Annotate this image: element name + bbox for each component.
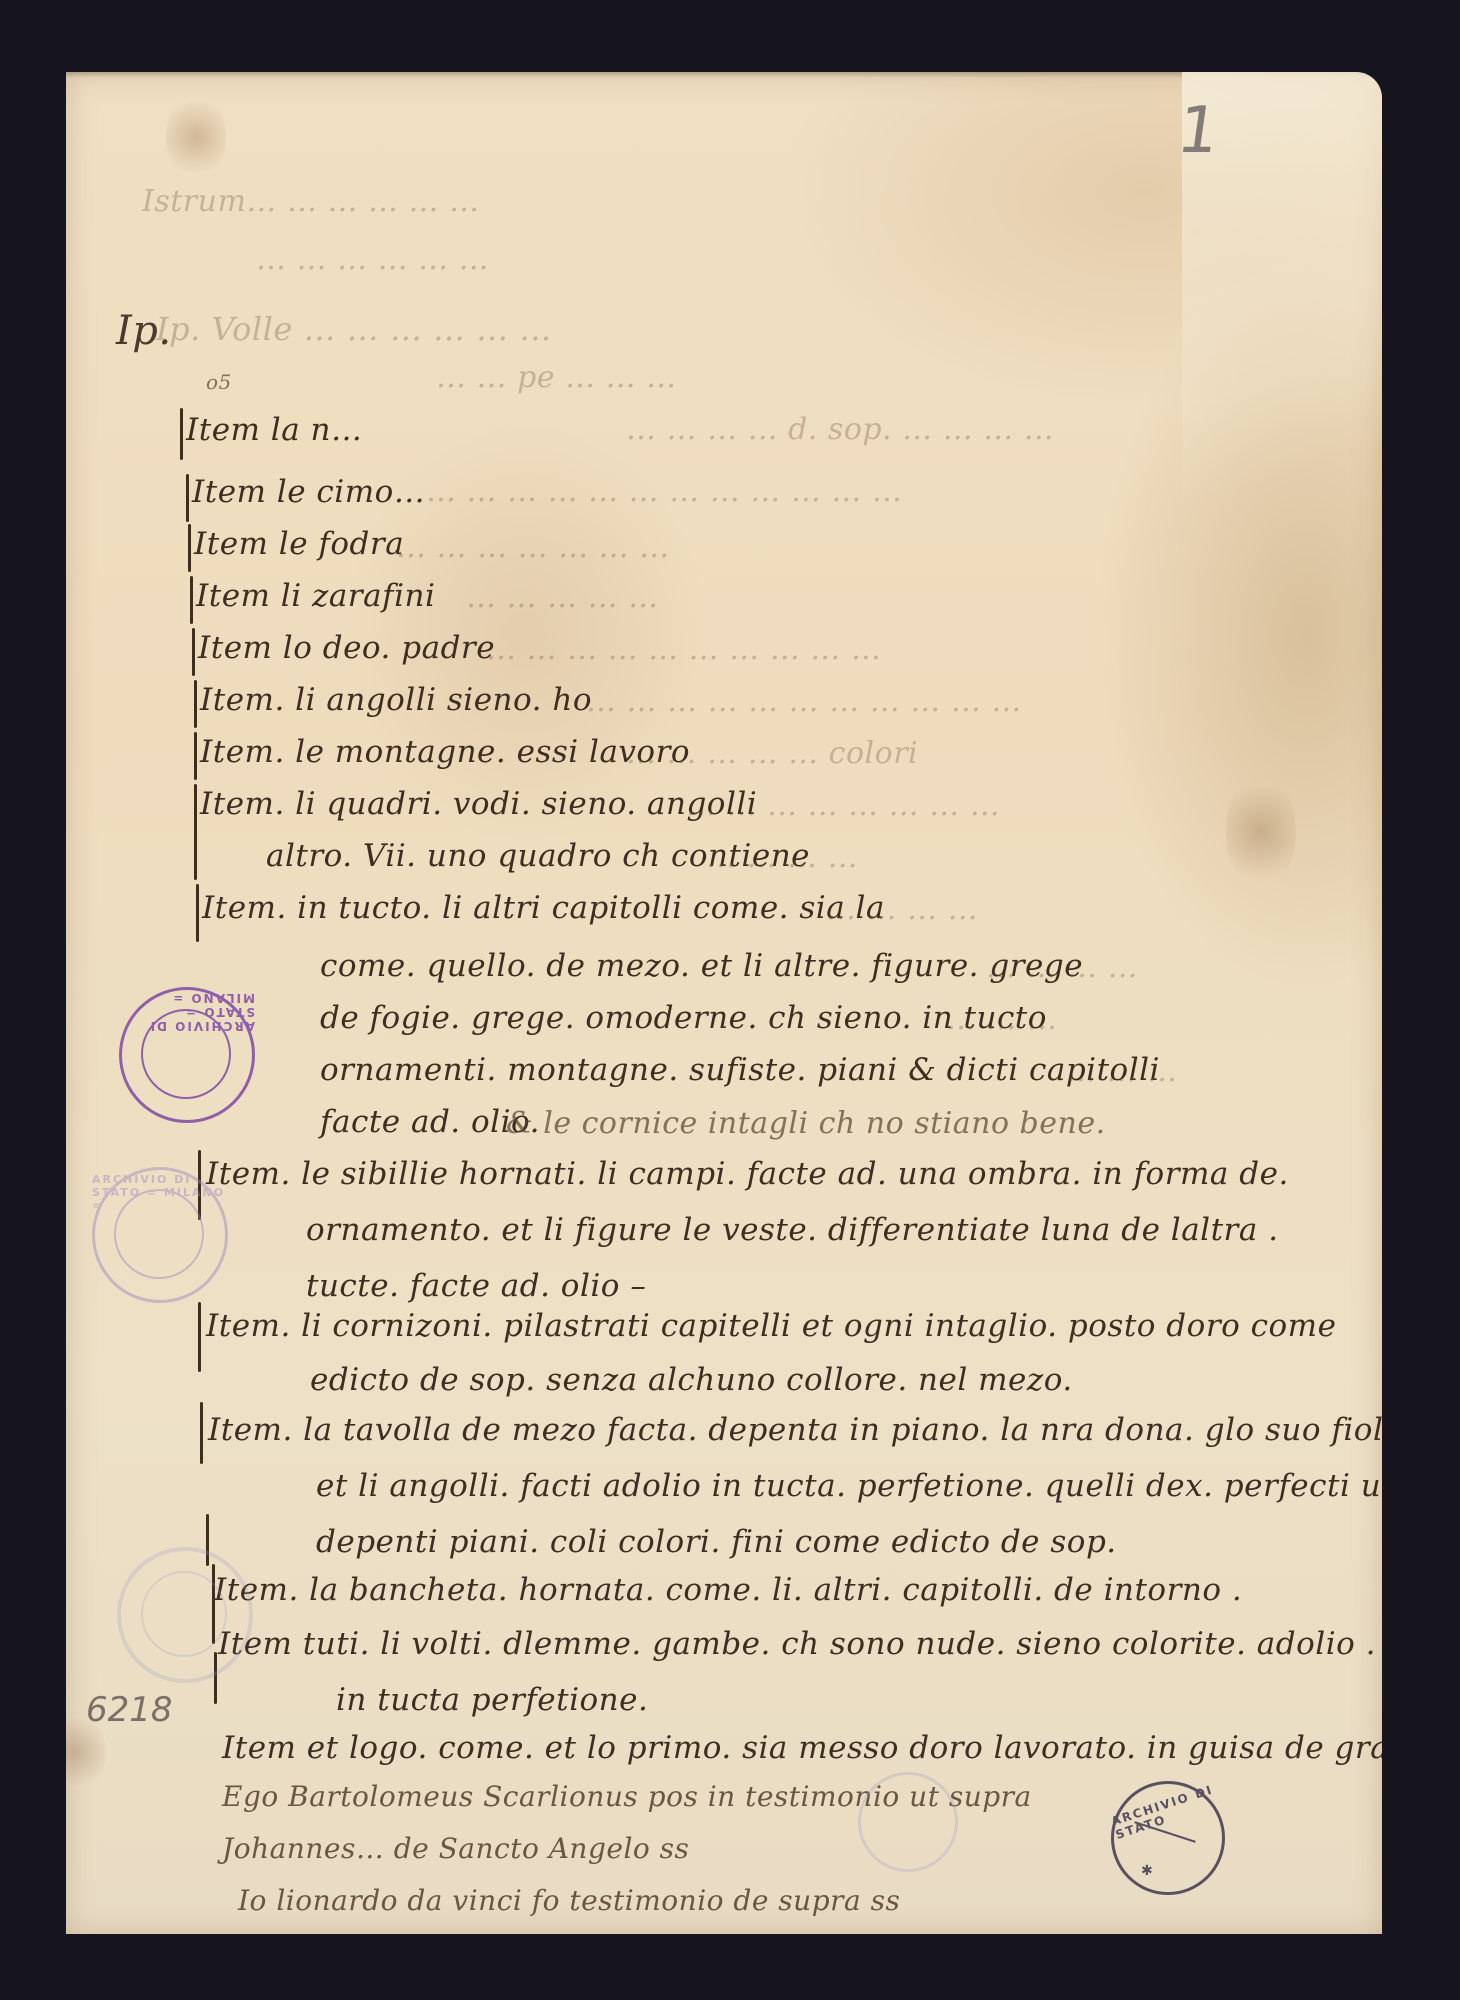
item-stroke — [190, 576, 193, 624]
item-line: Item. li angolli sieno. ho — [200, 682, 592, 718]
item-line-faint: … … … … d. sop. … … … … — [626, 412, 1054, 447]
item-line: Item lo deo. padre — [198, 630, 495, 666]
item-stroke — [200, 1402, 203, 1464]
archive-stamp: ARCHIVIO DI STATO = MILANO = — [119, 987, 255, 1123]
item-line: depenti piani. coli colori. fini come ed… — [316, 1524, 1117, 1560]
signature-line: Io lionardo da vinci fo testimonio de su… — [238, 1884, 900, 1917]
item-line: Item. le montagne. essi lavoro — [200, 734, 690, 770]
item-line: Item le cimo… — [192, 474, 425, 510]
item-line: in tucta perfetione. — [336, 1682, 648, 1718]
margin-note: 6218 — [86, 1690, 173, 1730]
archive-stamp-bottom: ARCHIVIO DI STATO ✱ — [1111, 1781, 1225, 1895]
item-line-faint: … … … — [946, 1002, 1058, 1037]
item-line: Item le fodra — [194, 526, 404, 562]
item-line-faint: … … … … … … … — [396, 530, 670, 565]
item-line: Item. la tavolla de mezo facta. depenta … — [208, 1412, 1382, 1448]
item-line: de fogie. grege. omoderne. ch sieno. in … — [320, 1000, 1047, 1036]
item-line: edicto de sop. senza alchuno collore. ne… — [310, 1362, 1073, 1398]
header-marker: Ip. — [116, 308, 172, 354]
item-line-faint: … … … — [1066, 1054, 1178, 1089]
item-stroke — [196, 884, 199, 942]
item-stroke — [198, 1302, 201, 1372]
item-line-faint: … … … … — [706, 840, 858, 875]
item-line: Item. la bancheta. hornata. come. li. al… — [214, 1572, 1242, 1608]
item-line: Item la n… — [186, 412, 363, 448]
item-stroke — [192, 628, 195, 676]
faint-text-line: … … pe … … … — [436, 360, 677, 395]
item-prefix-note: o5 — [206, 370, 232, 394]
item-line: Item. li cornizoni. pilastrati capitelli… — [206, 1308, 1336, 1344]
item-stroke — [194, 680, 197, 728]
item-line: Item tuti. li volti. dlemme. gambe. ch s… — [218, 1626, 1376, 1662]
star-icon: ✱ — [1141, 1863, 1153, 1879]
item-line: come. quello. de mezo. et li altre. figu… — [320, 948, 1083, 984]
paper-stain — [166, 92, 226, 182]
item-line-faint: … … … … … … … … … … … … — [426, 474, 902, 509]
item-stroke — [194, 784, 197, 880]
item-line-faint: & le cornice intagli ch no stiano bene. — [506, 1106, 1106, 1141]
item-line: Item. le sibillie hornati. li campi. fac… — [206, 1156, 1289, 1192]
item-line-faint: … … … … … colori — [626, 736, 918, 771]
archive-stamp-faint — [117, 1547, 253, 1683]
item-stroke — [194, 732, 197, 780]
item-line-faint: … … … … … — [466, 580, 659, 615]
item-line: et li angolli. facti adolio in tucta. pe… — [316, 1468, 1382, 1504]
item-line-faint: … … … … … … … … … … — [486, 632, 881, 667]
paper-stain — [1226, 772, 1296, 892]
item-line: tucte. facte ad. olio – — [306, 1268, 646, 1304]
signature-line: Johannes… de Sancto Angelo ss — [222, 1832, 689, 1865]
archive-stamp-faded: ARCHIVIO DI STATO = MILANO = — [92, 1167, 228, 1303]
item-line-faint: … … … … — [826, 892, 978, 927]
item-stroke — [188, 524, 191, 572]
faint-text-line: Istrum… … … … … … — [142, 184, 480, 219]
item-line: Item li zarafini — [196, 578, 435, 614]
item-line: ornamento. et li figure le veste. differ… — [306, 1212, 1279, 1248]
item-stroke — [180, 408, 183, 460]
faint-text-line: Ip. Volle … … … … … … — [156, 310, 552, 348]
manuscript-page: 1 Istrum… … … … … … … … … … … … Ip. Voll… — [66, 72, 1382, 1934]
item-line-faint: … … … … … … … … — [686, 788, 1000, 823]
item-line-faint: … … … … — [986, 950, 1138, 985]
item-line: Item. li quadri. vodi. sieno. angolli — [200, 786, 757, 822]
faint-text-line: … … … … … … — [256, 242, 489, 277]
item-line: ornamenti. montagne. sufiste. piani & di… — [320, 1052, 1160, 1088]
item-line-faint: … … … … … … … … … … … — [586, 684, 1022, 719]
item-stroke — [186, 474, 189, 522]
item-line: Item et logo. come. et lo primo. sia mes… — [222, 1730, 1382, 1766]
item-line: Item. in tucto. li altri capitolli come.… — [202, 890, 885, 926]
archive-stamp-faint — [858, 1772, 958, 1872]
